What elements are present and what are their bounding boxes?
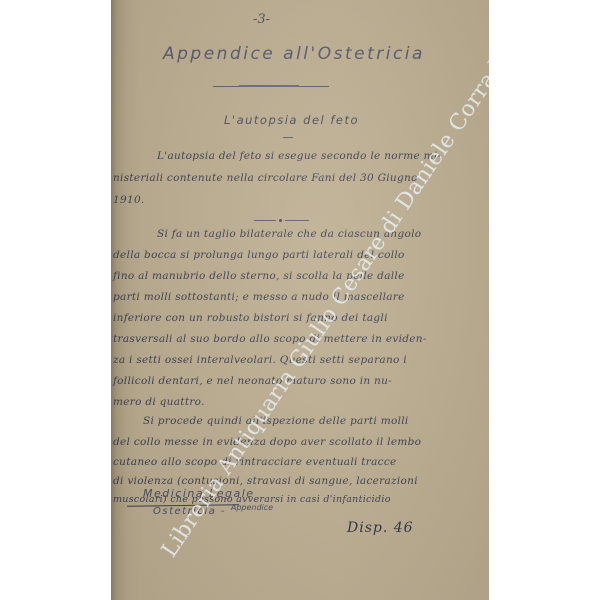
dispensa-number: Disp. 46: [347, 520, 414, 536]
scanned-page: -3- Appendice all'Ostetricia L'autopsia …: [111, 0, 489, 600]
paragraph-2-line: za i setti ossei interalveolari. Questi …: [113, 354, 407, 366]
paragraph-1-line: L'autopsia del feto si esegue secondo le…: [157, 150, 441, 162]
paragraph-2-line: della bocca si prolunga lungo parti late…: [113, 249, 405, 261]
paragraph-2-line: inferiore con un robusto bistori si fann…: [113, 312, 388, 324]
paragraph-1-line: 1910.: [113, 194, 145, 206]
paragraph-2-line: trasversali al suo bordo allo scopo di m…: [113, 333, 427, 345]
footer-section-label: Ostetricia - Appendice: [153, 506, 273, 517]
separator-rule-left: [254, 220, 276, 221]
subtitle-dash: [283, 137, 293, 138]
paragraph-3-line: del collo messe in evidenza dopo aver sc…: [113, 436, 421, 448]
separator-dot: [279, 219, 282, 222]
footer-section-note: Appendice: [231, 503, 273, 512]
footer-section: Ostetricia -: [153, 506, 226, 517]
footer-course-label: Medicina Legale: [143, 487, 255, 500]
separator-rule-right: [285, 220, 309, 221]
page-number: -3-: [253, 12, 270, 27]
paragraph-2-line: Si fa un taglio bilaterale che da ciascu…: [157, 228, 421, 240]
section-subtitle: L'autopsia del feto: [224, 113, 359, 127]
paragraph-3-line: di violenza (contusioni, stravasi di san…: [113, 475, 418, 487]
paragraph-1-line: nisteriali contenute nella circolare Fan…: [113, 172, 418, 184]
document-title: Appendice all'Ostetricia: [163, 44, 425, 64]
paragraph-2-line: mero di quattro.: [113, 396, 205, 408]
paragraph-2-line: parti molli sottostanti; e messo a nudo …: [113, 291, 405, 303]
paragraph-3-line: cutaneo allo scopo di rintracciare event…: [113, 456, 397, 468]
paragraph-2-line: follicoli dentari, e nel neonato maturo …: [113, 375, 392, 387]
paragraph-2-line: fino al manubrio dello sterno, si scolla…: [113, 270, 405, 282]
paragraph-3-line: Si procede quindi all'ispezione delle pa…: [143, 415, 409, 427]
title-underline-accent: [239, 85, 299, 87]
